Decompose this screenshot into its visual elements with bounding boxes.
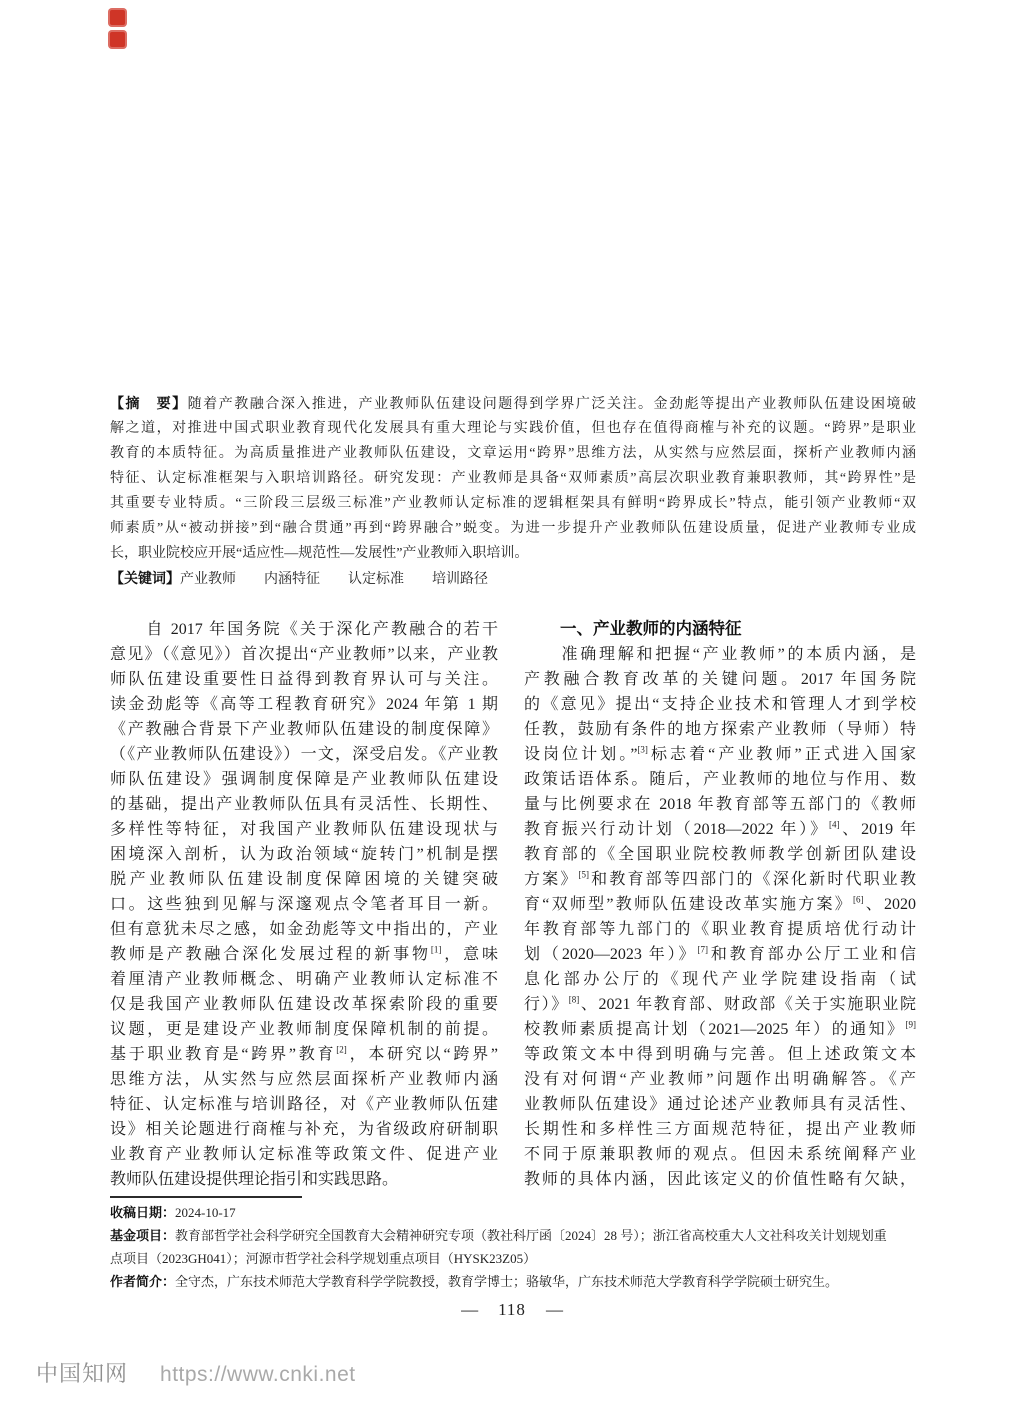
page-number: —118— bbox=[0, 1299, 1024, 1321]
text-line: 脱产业教师队伍建设制度保障困境的关键突破 bbox=[110, 867, 498, 892]
text-line: 息化部办公厅的《现代产业学院建设指南（试 bbox=[524, 967, 916, 992]
text-line: 基于职业教育是“跨界”教育[2]，本研究以“跨界” bbox=[110, 1042, 498, 1067]
text-line: 设》相关论题进行商榷与补充，为省级政府研制职 bbox=[110, 1117, 498, 1142]
funding-label: 基金项目： bbox=[110, 1228, 175, 1243]
received-date-row: 收稿日期：2024-10-17 bbox=[110, 1201, 920, 1224]
funding-text: 教育部哲学社会科学研究全国教育大会精神研究专项（教社科厅函〔2024〕28 号）… bbox=[175, 1228, 887, 1243]
text-line: 行）》[8]、2021 年教育部、财政部《关于实施职业院 bbox=[524, 992, 916, 1017]
funding-row: 基金项目：教育部哲学社会科学研究全国教育大会精神研究专项（教社科厅函〔2024〕… bbox=[110, 1224, 920, 1247]
cnki-url: https://www.cnki.net bbox=[160, 1363, 356, 1386]
received-date-label: 收稿日期： bbox=[110, 1205, 175, 1220]
authors-label: 作者简介： bbox=[110, 1274, 175, 1289]
text-line: 其重要专业特质。“三阶段三层级三标准”产业教师认定标准的逻辑框架具有鲜明“跨界成… bbox=[110, 491, 916, 516]
text-line: 政策话语体系。随后，产业教师的地位与作用、数 bbox=[524, 767, 916, 792]
text-line: 困境深入剖析，认为政治领域“旋转门”机制是摆 bbox=[110, 842, 498, 867]
text-line: 多样性等特征，对我国产业教师队伍建设现状与 bbox=[110, 817, 498, 842]
page-number-dash: — bbox=[461, 1300, 478, 1319]
text-line: 自 2017 年国务院《关于深化产教融合的若干 bbox=[110, 617, 498, 642]
keywords-row: 【关键词】产业教师 内涵特征 认定标准 培训路径 bbox=[110, 566, 916, 591]
funding-row-continued: 点项目（2023GH041）；河源市哲学社会科学规划重点项目（HYSK23Z05… bbox=[110, 1247, 920, 1270]
red-annotation-badge-icon bbox=[108, 30, 127, 49]
cnki-watermark: 中国知网https://www.cnki.net bbox=[36, 1357, 356, 1388]
abstract-section: 【摘 要】随着产教融合深入推进，产业教师队伍建设问题得到学界广泛关注。金劲彪等提… bbox=[110, 391, 916, 591]
text-line: 准确理解和把握“产业教师”的本质内涵，是 bbox=[524, 642, 916, 667]
text-line: 的《意见》提出“支持企业技术和管理人才到学校 bbox=[524, 692, 916, 717]
text-line: 的基础，提出产业教师队伍具有灵活性、长期性、 bbox=[110, 792, 498, 817]
red-annotation-badge-icon bbox=[108, 8, 127, 27]
text-line: 师素质”从“被动拼接”到“融合贯通”再到“跨界融合”蜕变。为进一步提升产业教师队… bbox=[110, 516, 916, 541]
text-line: 设岗位计划。”[3]标志着“产业教师”正式进入国家 bbox=[524, 742, 916, 767]
footnote-divider bbox=[110, 1196, 302, 1198]
text-line: 业教师队伍建设》通过论述产业教师具有灵活性、 bbox=[524, 1092, 916, 1117]
page-number-value: 118 bbox=[498, 1300, 526, 1319]
text-line: 师队伍建设》强调制度保障是产业教师队伍建设 bbox=[110, 767, 498, 792]
text-line: （《产业教师队伍建设》）一文，深受启发。《产业教 bbox=[110, 742, 498, 767]
left-column: 自 2017 年国务院《关于深化产教融合的若干意见》（《意见》）首次提出“产业教… bbox=[110, 617, 498, 1192]
keywords-text: 产业教师 内涵特征 认定标准 培训路径 bbox=[180, 572, 488, 587]
text-line: 等政策文本中得到明确与完善。但上述政策文本 bbox=[524, 1042, 916, 1067]
text-line: 师队伍建设重要性日益得到教育界认可与关注。 bbox=[110, 667, 498, 692]
received-date-value: 2024-10-17 bbox=[175, 1205, 236, 1220]
authors-text: 全守杰，广东技术师范大学教育科学学院教授，教育学博士；骆敏华，广东技术师范大学教… bbox=[175, 1274, 838, 1289]
text-line: 没有对何谓“产业教师”问题作出明确解答。《产 bbox=[524, 1067, 916, 1092]
right-column: 一、产业教师的内涵特征 准确理解和把握“产业教师”的本质内涵，是产教融合教育改革… bbox=[524, 617, 916, 1192]
abstract-first-row: 【摘 要】随着产教融合深入推进，产业教师队伍建设问题得到学界广泛关注。金劲彪等提… bbox=[110, 391, 916, 416]
page-number-dash: — bbox=[546, 1300, 563, 1319]
keywords-label: 【关键词】 bbox=[110, 570, 180, 586]
text-line: 划（2020—2023 年）》[7]和教育部办公厅工业和信 bbox=[524, 942, 916, 967]
text-line: 思维方法，从实然与应然层面探析产业教师内涵 bbox=[110, 1067, 498, 1092]
footnotes-section: 收稿日期：2024-10-17 基金项目：教育部哲学社会科学研究全国教育大会精神… bbox=[110, 1201, 920, 1293]
text-line: 教师是产教融合深化发展过程的新事物[1]，意味 bbox=[110, 942, 498, 967]
text-line: 仅是我国产业教师队伍建设改革探索阶段的重要 bbox=[110, 992, 498, 1017]
text-line: 量与比例要求在 2018 年教育部等五部门的《教师 bbox=[524, 792, 916, 817]
text-line: 育“双师型”教师队伍建设改革实施方案》[6]、2020 bbox=[524, 892, 916, 917]
text-line: 教育振兴行动计划（2018—2022 年）》[4]、2019 年 bbox=[524, 817, 916, 842]
text-line: 产教融合教育改革的关键问题。2017 年国务院 bbox=[524, 667, 916, 692]
abstract-label: 【摘 要】 bbox=[110, 395, 188, 411]
text-line: 口。这些独到见解与深邃观点令笔者耳目一新。 bbox=[110, 892, 498, 917]
text-line: 特征、认定标准框架与入职培训路径。研究发现：产业教师是具备“双师素质”高层次职业… bbox=[110, 466, 916, 491]
text-line: 意见》（《意见》）首次提出“产业教师”以来，产业教 bbox=[110, 642, 498, 667]
cnki-logo-text: 中国知网 bbox=[36, 1361, 128, 1386]
text-line: 教育部的《全国职业院校教师教学创新团队建设 bbox=[524, 842, 916, 867]
paper-page: 【摘 要】随着产教融合深入推进，产业教师队伍建设问题得到学界广泛关注。金劲彪等提… bbox=[0, 0, 1024, 1414]
abstract-lines: 解之道，对推进中国式职业教育现代化发展具有重大理论与实践价值，但也存在值得商榷与… bbox=[110, 416, 916, 566]
right-column-lines: 准确理解和把握“产业教师”的本质内涵，是产教融合教育改革的关键问题。2017 年… bbox=[524, 642, 916, 1192]
text-line: 教师的具体内涵，因此该定义的价值性略有欠缺， bbox=[524, 1167, 916, 1192]
text-line: 业教育产业教师认定标准等政策文件、促进产业 bbox=[110, 1142, 498, 1167]
text-line: 着厘清产业教师概念、明确产业教师认定标准不 bbox=[110, 967, 498, 992]
text-line: 教师队伍建设提供理论指引和实践思路。 bbox=[110, 1167, 498, 1192]
text-line: 《产教融合背景下产业教师队伍建设的制度保障》 bbox=[110, 717, 498, 742]
text-line: 教育的本质特征。为高质量推进产业教师队伍建设，文章运用“跨界”思维方法，从实然与… bbox=[110, 441, 916, 466]
text-line: 特征、认定标准与培训路径，对《产业教师队伍建 bbox=[110, 1092, 498, 1117]
text-line: 但有意犹未尽之感，如金劲彪等文中指出的，产业 bbox=[110, 917, 498, 942]
text-line: 任教，鼓励有条件的地方探索产业教师（导师）特 bbox=[524, 717, 916, 742]
section-heading: 一、产业教师的内涵特征 bbox=[524, 617, 916, 642]
text-line: 不同于原兼职教师的观点。但因未系统阐释产业 bbox=[524, 1142, 916, 1167]
text-line: 议题，更是建设产业教师制度保障机制的前提。 bbox=[110, 1017, 498, 1042]
text-line: 读金劲彪等《高等工程教育研究》2024 年第 1 期 bbox=[110, 692, 498, 717]
authors-row: 作者简介：全守杰，广东技术师范大学教育科学学院教授，教育学博士；骆敏华，广东技术… bbox=[110, 1270, 920, 1293]
abstract-first-line-text: 随着产教融合深入推进，产业教师队伍建设问题得到学界广泛关注。金劲彪等提出产业教师… bbox=[188, 397, 916, 412]
text-line: 解之道，对推进中国式职业教育现代化发展具有重大理论与实践价值，但也存在值得商榷与… bbox=[110, 416, 916, 441]
text-line: 校教师素质提高计划（2021—2025 年）的通知》[9] bbox=[524, 1017, 916, 1042]
text-line: 长期性和多样性三方面规范特征，提出产业教师 bbox=[524, 1117, 916, 1142]
text-line: 方案》[5]和教育部等四部门的《深化新时代职业教 bbox=[524, 867, 916, 892]
text-line: 年教育部等九部门的《职业教育提质培优行动计 bbox=[524, 917, 916, 942]
text-line: 长，职业院校应开展“适应性—规范性—发展性”产业教师入职培训。 bbox=[110, 541, 916, 566]
